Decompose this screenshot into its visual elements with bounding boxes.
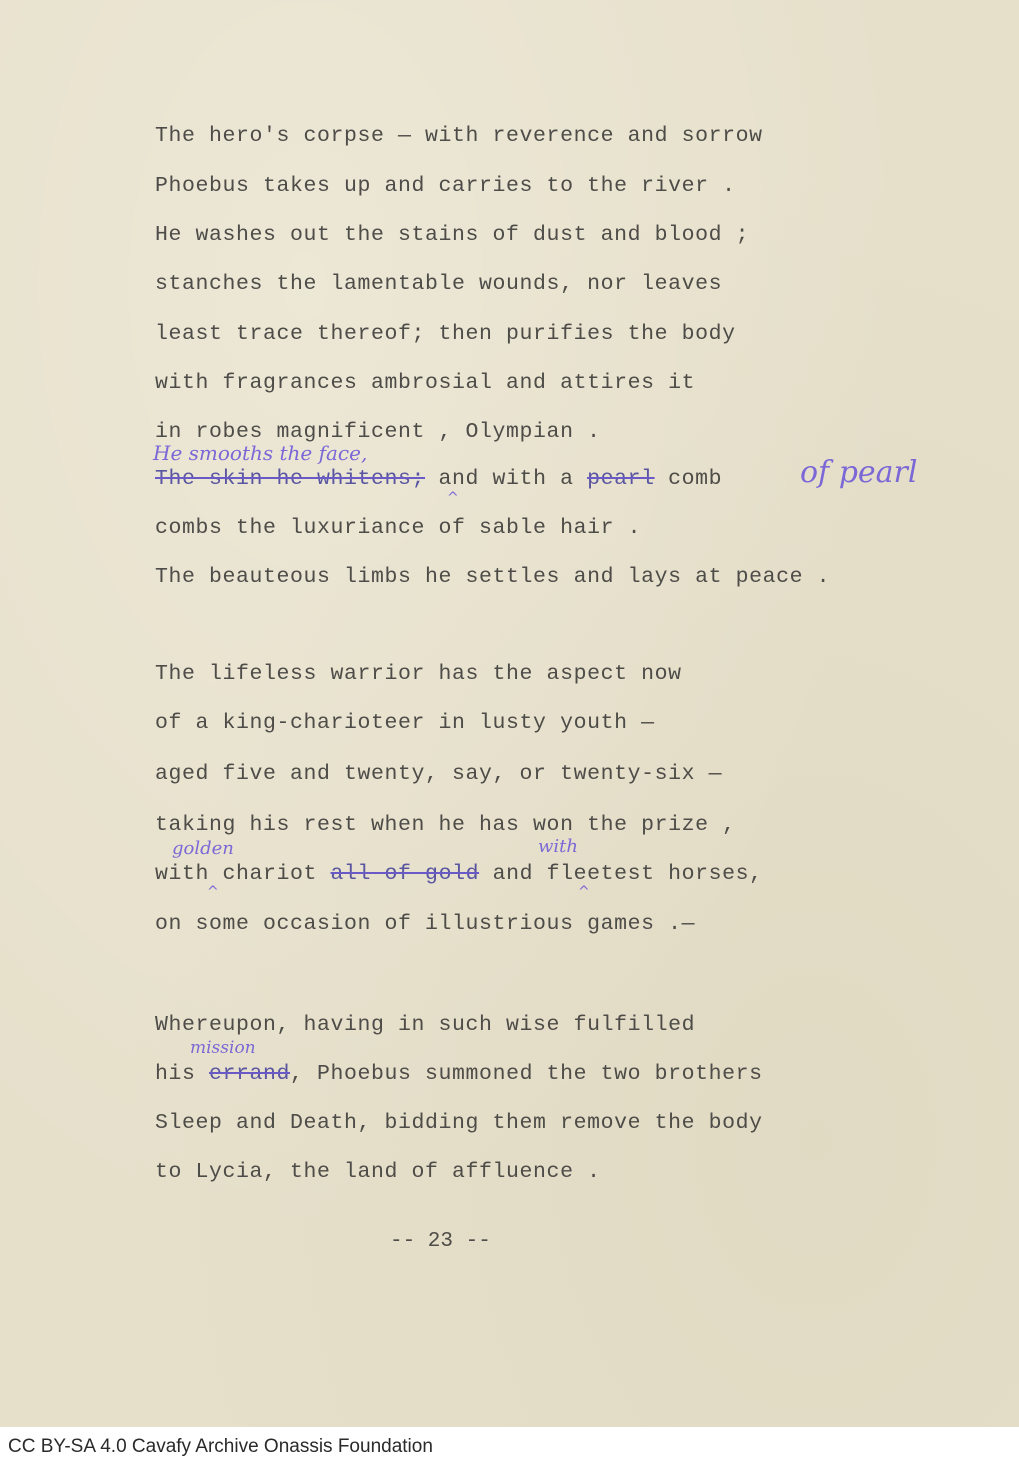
text-line: Whereupon, having in such wise fulfilled <box>155 1013 695 1037</box>
text-line-edited: his errand, Phoebus summoned the two bro… <box>155 1062 763 1086</box>
text-fragment: with <box>155 862 209 886</box>
typescript-page: The hero's corpse — with reverence and s… <box>0 0 1019 1427</box>
text-fragment: his <box>155 1062 209 1086</box>
text-fragment: comb <box>655 467 723 491</box>
caret-mark-icon: ^ <box>578 884 590 900</box>
handwritten-insertion: mission <box>190 1038 256 1058</box>
text-line-edited: The skin he whitens; and with a pearl co… <box>155 467 722 491</box>
handwritten-insertion: with <box>538 836 578 857</box>
caret-mark-icon: ^ <box>207 884 219 900</box>
text-line: aged five and twenty, say, or twenty-six… <box>155 762 722 786</box>
struck-text: errand <box>209 1062 290 1086</box>
handwritten-margin-note: of pearl <box>800 455 917 490</box>
caret-mark-icon: ^ <box>447 490 459 506</box>
text-fragment: , Phoebus summoned the two brothers <box>290 1062 763 1086</box>
text-line: Sleep and Death, bidding them remove the… <box>155 1111 763 1135</box>
text-fragment: and <box>479 862 533 886</box>
page-number: -- 23 -- <box>390 1230 491 1253</box>
text-line: The lifeless warrior has the aspect now <box>155 662 682 686</box>
text-line: on some occasion of illustrious games .— <box>155 912 695 936</box>
text-line: Phoebus takes up and carries to the rive… <box>155 174 736 198</box>
text-line: taking his rest when he has won the priz… <box>155 813 736 837</box>
text-fragment: fleetest horses, <box>533 862 763 886</box>
text-line: with fragrances ambrosial and attires it <box>155 371 695 395</box>
text-line: combs the luxuriance of sable hair . <box>155 516 641 540</box>
text-line: He washes out the stains of dust and blo… <box>155 223 749 247</box>
text-fragment: chariot <box>209 862 331 886</box>
handwritten-insertion: golden <box>172 838 234 859</box>
text-line: The hero's corpse — with reverence and s… <box>155 124 763 148</box>
text-line: least trace thereof; then purifies the b… <box>155 322 736 346</box>
struck-text: all of gold <box>331 862 480 886</box>
text-line: stanches the lamentable wounds, nor leav… <box>155 272 722 296</box>
struck-text: pearl <box>587 467 655 491</box>
handwritten-insertion: He smooths the face, <box>153 441 367 465</box>
text-line: to Lycia, the land of affluence . <box>155 1160 601 1184</box>
text-line: The beauteous limbs he settles and lays … <box>155 565 830 589</box>
license-credit: CC BY-SA 4.0 Cavafy Archive Onassis Foun… <box>8 1436 433 1458</box>
text-fragment: and with a <box>425 467 587 491</box>
text-line: of a king-charioteer in lusty youth — <box>155 711 655 735</box>
struck-text: The skin he whitens; <box>155 467 425 491</box>
text-line-edited: with chariot all of gold and fleetest ho… <box>155 862 763 886</box>
